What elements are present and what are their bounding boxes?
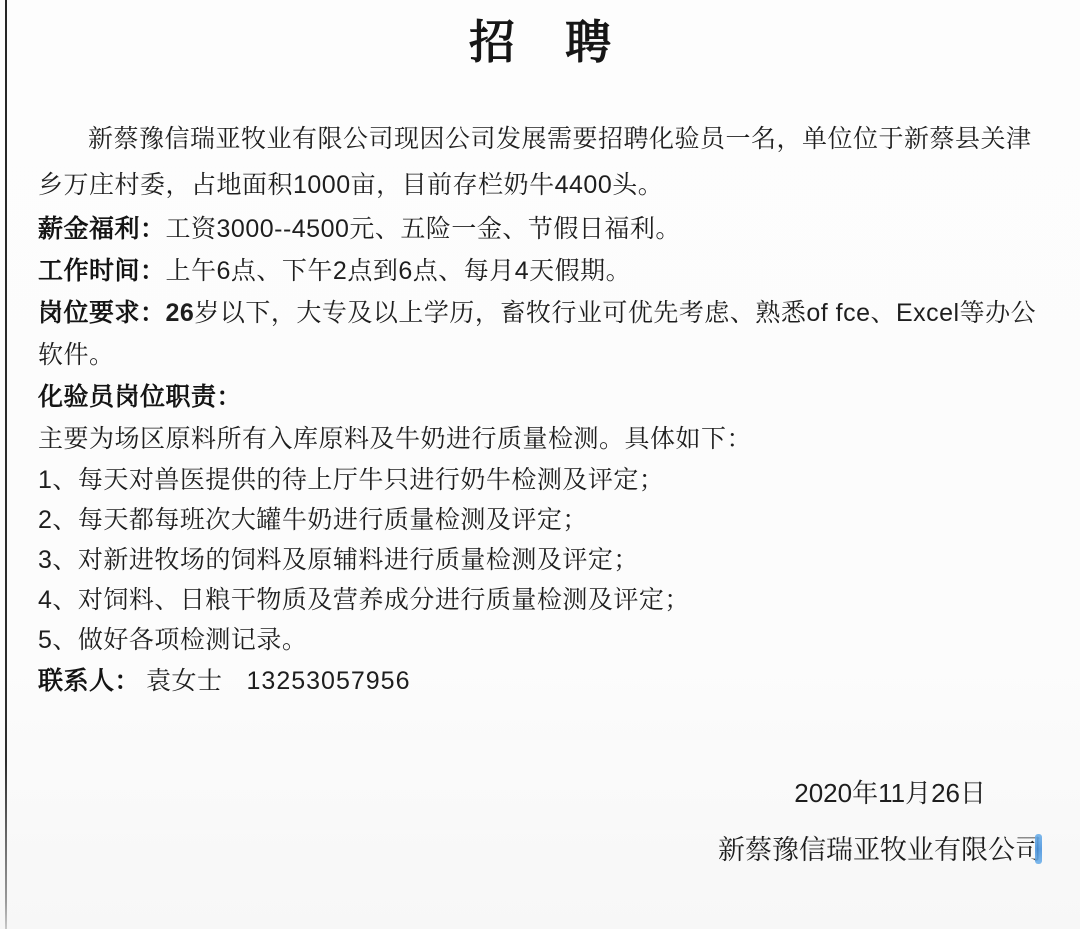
section-salary: 薪金福利：工资3000--4500元、五险一金、节假日福利。 [38,208,1044,250]
duty-item-1: 1、每天对兽医提供的待上厅牛只进行奶牛检测及评定； [38,460,1044,500]
contact-name: 袁女士 [146,667,223,695]
duty-item-5: 5、做好各项检测记录。 [38,620,1044,660]
contact-line: 联系人：袁女士13253057956 [38,660,1044,702]
document-content: 招 聘 新蔡豫信瑞亚牧业有限公司现因公司发展需要招聘化验员一名，单位位于新蔡县关… [0,0,1080,866]
page-title: 招 聘 [38,12,1044,70]
duty-item-2: 2、每天都每班次大罐牛奶进行质量检测及评定； [38,500,1044,540]
footer-date: 2020年11月26日 [38,778,1044,808]
work-hours-label: 工作时间： [38,257,166,285]
contact-label: 联系人： [38,667,140,695]
section-work-hours: 工作时间：上午6点、下午2点到6点、每月4天假期。 [38,250,1044,292]
salary-label: 薪金福利： [38,215,166,243]
duty-item-3: 3、对新进牧场的饲料及原辅料进行质量检测及评定； [38,540,1044,580]
intro-paragraph: 新蔡豫信瑞亚牧业有限公司现因公司发展需要招聘化验员一名，单位位于新蔡县关津乡万庄… [38,116,1044,208]
duties-list: 1、每天对兽医提供的待上厅牛只进行奶牛检测及评定； 2、每天都每班次大罐牛奶进行… [38,460,1044,660]
duty-item-4: 4、对饲料、日粮干物质及营养成分进行质量检测及评定； [38,580,1044,620]
duties-intro: 主要为场区原料所有入库原料及牛奶进行质量检测。具体如下： [38,418,1044,460]
requirements-age: 26 [166,299,195,327]
section-requirements: 岗位要求：26岁以下，大专及以上学历，畜牧行业可优先考虑、熟悉of fce、Ex… [38,292,1044,376]
footer-company-signature: 新蔡豫信瑞亚牧业有限公司 [38,834,1044,866]
contact-phone: 13253057956 [247,667,411,695]
requirements-label: 岗位要求： [38,299,166,327]
text-cursor-icon [1035,834,1042,864]
salary-text: 工资3000--4500元、五险一金、节假日福利。 [166,215,681,243]
work-hours-text: 上午6点、下午2点到6点、每月4天假期。 [166,257,632,285]
recruitment-notice-document: 招 聘 新蔡豫信瑞亚牧业有限公司现因公司发展需要招聘化验员一名，单位位于新蔡县关… [0,0,1080,929]
footer-company-name: 新蔡豫信瑞亚牧业有限公司 [718,835,1042,865]
duties-heading: 化验员岗位职责： [38,376,1044,418]
